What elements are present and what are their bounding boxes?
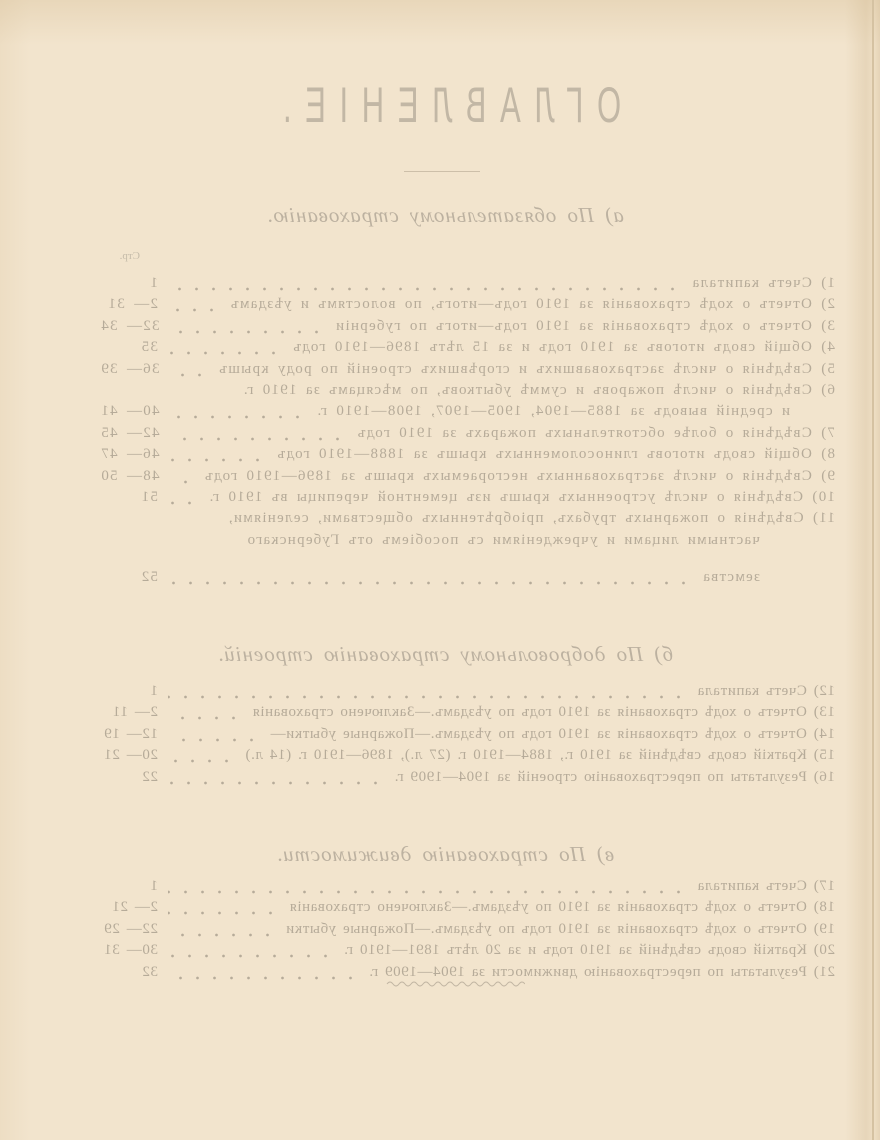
page-title-text: ОГЛАВЛЕНІЕ. bbox=[269, 74, 621, 136]
page-number: 32— 34 bbox=[100, 316, 164, 337]
toc-section-b: 12) Счетъ капитала 1 13) Отчетъ о ходѣ с… bbox=[100, 681, 835, 788]
dot-leader bbox=[168, 919, 280, 940]
toc-entry: 17) Счетъ капитала 1 bbox=[100, 876, 835, 897]
page-number: 52 bbox=[100, 567, 162, 588]
dot-leader bbox=[168, 897, 283, 918]
toc-entry: 2) Отчетъ о ходѣ страхованія за 1910 год… bbox=[100, 294, 835, 315]
dot-leader bbox=[168, 681, 691, 702]
page-number: 51 bbox=[100, 487, 162, 508]
entry-title: 9) Свѣдѣнія о числѣ застрахованныхъ несг… bbox=[204, 466, 835, 487]
toc-entry: 5) Свѣдѣнія о числѣ застраховавшихъ и сг… bbox=[100, 359, 835, 380]
page-title: ОГЛАВЛЕНІЕ. bbox=[10, 74, 880, 136]
dot-leader bbox=[168, 487, 202, 508]
dot-leader bbox=[170, 423, 351, 444]
dot-leader bbox=[170, 316, 329, 337]
toc-entry: 18) Отчетъ о ходѣ страхованія за 1910 по… bbox=[100, 897, 835, 918]
section-heading: б) По добровольному страхованію строеній… bbox=[10, 641, 880, 667]
toc-entry-continuation: частными лицами и учрежденіями съ пособі… bbox=[100, 530, 835, 551]
entry-title: 2) Отчетъ о ходѣ страхованія за 1910 год… bbox=[230, 294, 835, 315]
dot-leader bbox=[170, 401, 311, 422]
dot-leader bbox=[168, 337, 286, 358]
toc-section-c: 17) Счетъ капитала 1 18) Отчетъ о ходѣ с… bbox=[100, 876, 835, 983]
entry-title-continuation: и средній выводъ за 1885—1904, 1905—1907… bbox=[316, 401, 835, 422]
toc-entry: 16) Результаты по перестрахованію строен… bbox=[100, 767, 835, 788]
dot-leader bbox=[168, 962, 363, 983]
page-number: 42— 45 bbox=[100, 423, 164, 444]
page-number: 35 bbox=[100, 337, 162, 358]
entry-title: 8) Общій сводъ итоговъ глиносоломенныхъ … bbox=[276, 444, 835, 465]
dot-leader bbox=[168, 294, 224, 315]
page-number: 2— 11 bbox=[100, 702, 162, 723]
page-number: 2— 31 bbox=[100, 294, 162, 315]
entry-title: 4) Общій сводъ итоговъ за 1910 годъ и за… bbox=[292, 337, 835, 358]
toc-section-a: 1) Счетъ капитала 1 2) Отчетъ о ходѣ стр… bbox=[100, 273, 835, 588]
toc-entry: 9) Свѣдѣнія о числѣ застрахованныхъ несг… bbox=[100, 466, 835, 487]
end-ornament-icon bbox=[385, 978, 525, 988]
page-number: 20— 21 bbox=[100, 745, 162, 766]
dot-leader bbox=[170, 444, 271, 465]
page-number: 32 bbox=[100, 962, 162, 983]
page-column-label: Стр. bbox=[120, 249, 140, 263]
toc-entry: 4) Общій сводъ итоговъ за 1910 годъ и за… bbox=[100, 337, 835, 358]
toc-entry: 20) Краткій сводъ свѣдѣній за 1910 годъ … bbox=[100, 940, 835, 961]
entry-title: 14) Отчетъ о ходѣ страхованія за 1910 го… bbox=[270, 724, 835, 745]
toc-entry-line: 11) Свѣдѣнія о пожарныхъ трубахъ, пріобр… bbox=[100, 508, 835, 529]
entry-title: 18) Отчетъ о ходѣ страхованія за 1910 по… bbox=[289, 897, 835, 918]
dot-leader bbox=[168, 940, 338, 961]
dot-leader bbox=[168, 702, 246, 723]
page-number: 1 bbox=[100, 681, 162, 702]
dot-leader bbox=[168, 745, 239, 766]
toc-entry: 10) Свѣдѣнія о числѣ устроенныхъ крышъ и… bbox=[100, 487, 835, 508]
title-divider bbox=[404, 171, 480, 172]
dot-leader bbox=[168, 273, 685, 294]
entry-title: 5) Свѣдѣнія о числѣ застраховавшихъ и сг… bbox=[218, 359, 835, 380]
toc-entry: 14) Отчетъ о ходѣ страхованія за 1910 го… bbox=[100, 724, 835, 745]
toc-entry: 15) Краткій сводъ свѣдѣній за 1910 г., 1… bbox=[100, 745, 835, 766]
section-heading: а) По обязательному страхованію. bbox=[10, 202, 880, 228]
toc-entry-continuation: и средній выводъ за 1885—1904, 1905—1907… bbox=[100, 401, 835, 422]
page-number: 46— 47 bbox=[100, 444, 164, 465]
toc-entry: 19) Отчетъ о ходѣ страхованія за 1910 го… bbox=[100, 919, 835, 940]
entry-title: 17) Счетъ капитала bbox=[697, 876, 835, 897]
entry-title: 13) Отчетъ о ходѣ страхованія за 1910 го… bbox=[252, 702, 835, 723]
entry-title-continuation: частными лицами и учрежденіями съ пособі… bbox=[246, 530, 835, 551]
dot-leader bbox=[170, 466, 198, 487]
entry-title: 19) Отчетъ о ходѣ страхованія за 1910 го… bbox=[286, 919, 835, 940]
section-heading: в) По страхованію движимости. bbox=[10, 841, 880, 867]
entry-title: 10) Свѣдѣнія о числѣ устроенныхъ крышъ и… bbox=[208, 487, 835, 508]
page-number: 48— 50 bbox=[100, 466, 164, 487]
dot-leader bbox=[168, 567, 696, 588]
dot-leader bbox=[168, 724, 264, 745]
toc-entry: 12) Счетъ капитала 1 bbox=[100, 681, 835, 702]
entry-title: 7) Свѣдѣнія о болѣе обстоятельныхъ пожар… bbox=[356, 423, 835, 444]
toc-entry: 3) Отчетъ о ходѣ страхованія за 1910 год… bbox=[100, 316, 835, 337]
page-number: 1 bbox=[100, 876, 162, 897]
page-number: 22— 29 bbox=[100, 919, 162, 940]
page-number: 30— 31 bbox=[100, 940, 162, 961]
toc-entry-continuation: земства 52 bbox=[100, 567, 835, 588]
page-number: 2— 21 bbox=[100, 897, 162, 918]
page-number: 36— 39 bbox=[100, 359, 164, 380]
entry-title: 20) Краткій сводъ свѣдѣній за 1910 годъ … bbox=[344, 940, 835, 961]
dot-leader bbox=[168, 876, 691, 897]
page-number: 22 bbox=[100, 767, 162, 788]
toc-entry: 8) Общій сводъ итоговъ глиносоломенныхъ … bbox=[100, 444, 835, 465]
entry-title: 1) Счетъ капитала bbox=[691, 273, 835, 294]
page-number: 40— 41 bbox=[100, 401, 164, 422]
dot-leader bbox=[170, 359, 212, 380]
entry-title: 11) Свѣдѣнія о пожарныхъ трубахъ, пріобр… bbox=[228, 508, 835, 529]
bleed-through-mirrored-content: ОГЛАВЛЕНІЕ. а) По обязательному страхова… bbox=[0, 0, 880, 1140]
entry-title: 3) Отчетъ о ходѣ страхованія за 1910 год… bbox=[335, 316, 835, 337]
toc-entry: 13) Отчетъ о ходѣ страхованія за 1910 го… bbox=[100, 702, 835, 723]
page-number: 1 bbox=[100, 273, 162, 294]
dot-leader bbox=[168, 767, 388, 788]
entry-title: 15) Краткій сводъ свѣдѣній за 1910 г., 1… bbox=[245, 745, 835, 766]
entry-title-continuation: земства bbox=[702, 567, 835, 588]
page-number: 12— 19 bbox=[100, 724, 162, 745]
entry-title: 12) Счетъ капитала bbox=[697, 681, 835, 702]
entry-title: 16) Результаты по перестрахованію строен… bbox=[394, 767, 835, 788]
toc-entry-line: 6) Свѣдѣнія о числѣ пожаровъ и суммѣ убы… bbox=[100, 380, 835, 401]
entry-title: 6) Свѣдѣнія о числѣ пожаровъ и суммѣ убы… bbox=[243, 380, 835, 401]
toc-entry: 7) Свѣдѣнія о болѣе обстоятельныхъ пожар… bbox=[100, 423, 835, 444]
toc-entry: 1) Счетъ капитала 1 bbox=[100, 273, 835, 294]
